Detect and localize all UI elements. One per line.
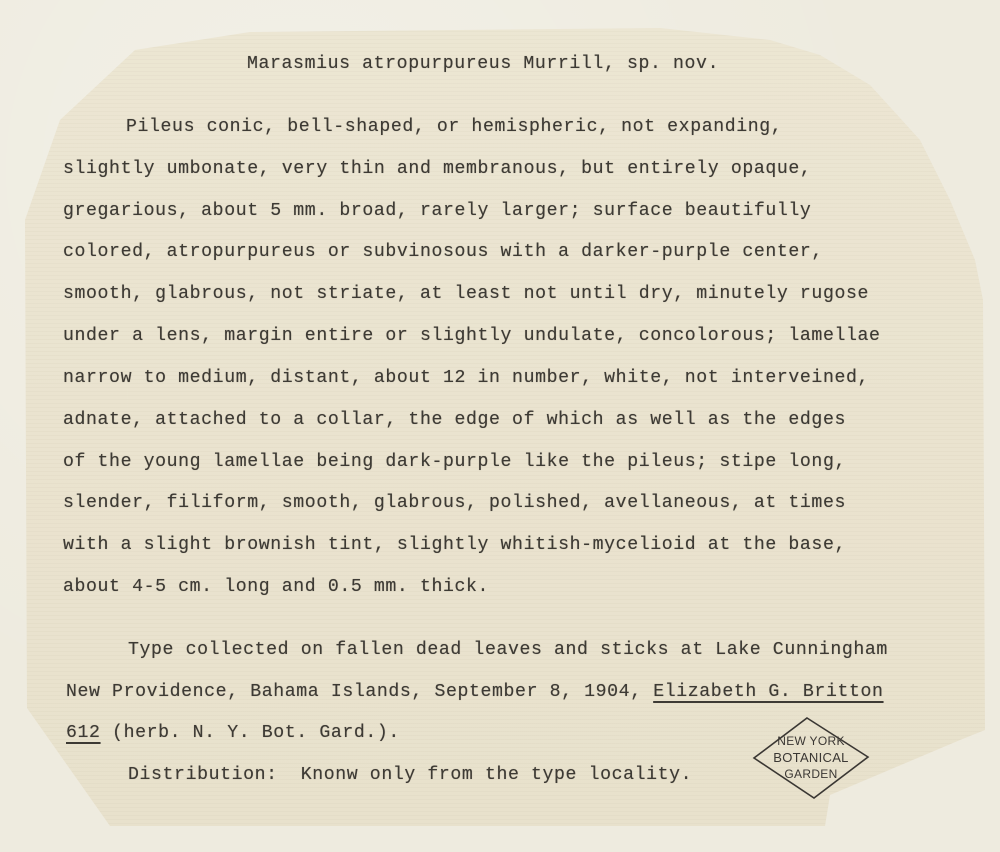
- description-line: smooth, glabrous, not striate, at least …: [63, 284, 869, 304]
- species-title: Marasmius atropurpureus Murrill, sp. nov…: [247, 54, 719, 74]
- collector-name: Elizabeth G. Britton: [653, 682, 883, 702]
- stamp-line-2: BOTANICAL: [752, 750, 870, 765]
- collection-number: 612: [66, 723, 101, 743]
- nybg-stamp: NEW YORK BOTANICAL GARDEN: [752, 716, 870, 800]
- stamp-line-1: NEW YORK: [752, 734, 870, 748]
- stamp-line-3: GARDEN: [752, 767, 870, 781]
- description-line: colored, atropurpureus or subvinosous wi…: [63, 242, 823, 262]
- type-collection-line: Type collected on fallen dead leaves and…: [128, 640, 888, 660]
- description-line: of the young lamellae being dark-purple …: [63, 452, 846, 472]
- description-line: under a lens, margin entire or slightly …: [63, 326, 881, 346]
- description-line: slender, filiform, smooth, glabrous, pol…: [63, 493, 846, 513]
- type-locality-line: New Providence, Bahama Islands, Septembe…: [66, 682, 884, 702]
- description-line: gregarious, about 5 mm. broad, rarely la…: [63, 201, 811, 221]
- distribution-line: Distribution: Knonw only from the type l…: [128, 765, 692, 785]
- description-line: adnate, attached to a collar, the edge o…: [63, 410, 846, 430]
- herbarium-line: 612 (herb. N. Y. Bot. Gard.).: [66, 723, 400, 743]
- description-line: about 4-5 cm. long and 0.5 mm. thick.: [63, 577, 489, 597]
- herbarium-text: (herb. N. Y. Bot. Gard.).: [101, 723, 400, 743]
- description-line: narrow to medium, distant, about 12 in n…: [63, 368, 869, 388]
- description-line: slightly umbonate, very thin and membran…: [63, 159, 811, 179]
- description-line: with a slight brownish tint, slightly wh…: [63, 535, 846, 555]
- description-line: Pileus conic, bell-shaped, or hemispheri…: [126, 117, 782, 137]
- type-locality-text: New Providence, Bahama Islands, Septembe…: [66, 682, 653, 702]
